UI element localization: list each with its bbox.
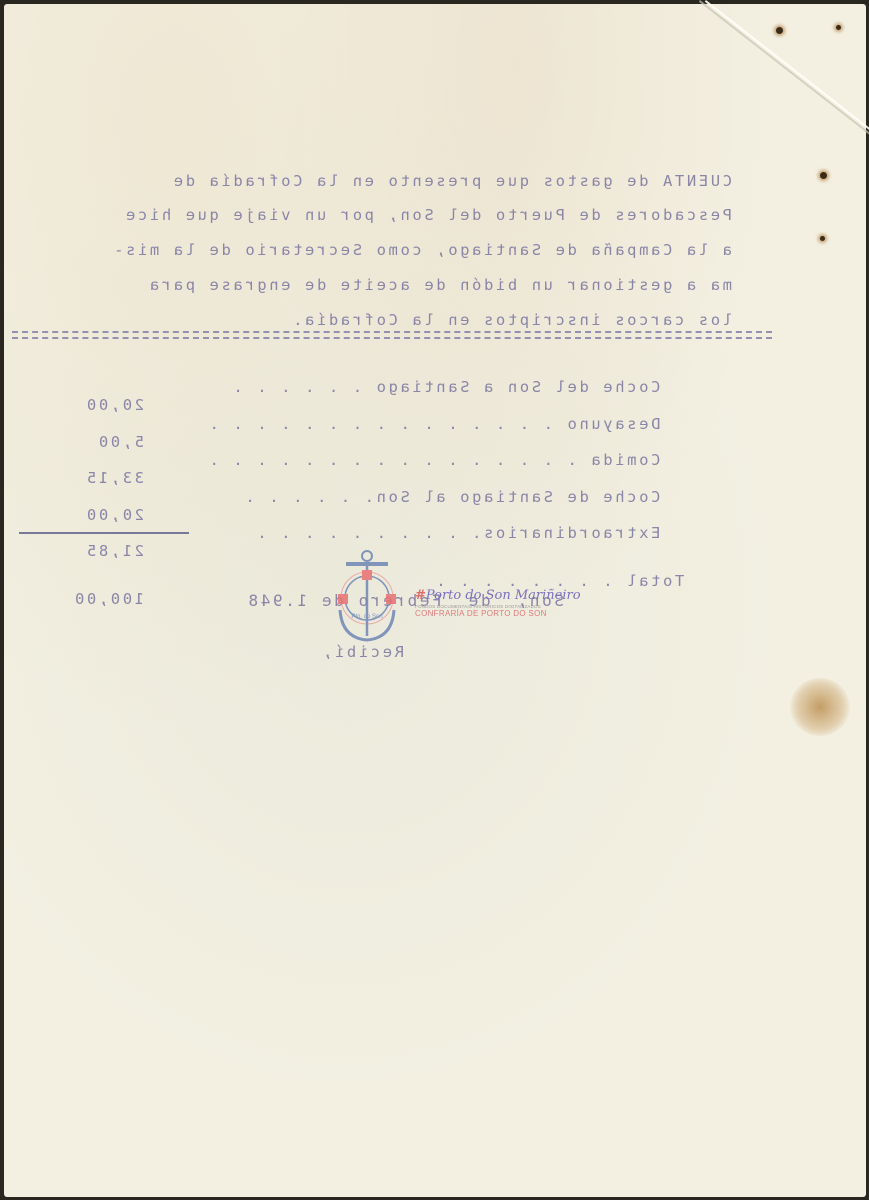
heading-line-5: los carcos inscriptos en la Cofradía. (291, 311, 732, 329)
expense-row: Desayuno . . . . . . . . . . . . . . . 5… (207, 397, 732, 434)
expense-row: Extraordinarios. . . . . . . . . . 21,85 (207, 506, 732, 543)
expense-row: Coche de Santiago al Son. . . . . . 20,0… (207, 470, 732, 507)
expense-amount: 21,85 (84, 542, 144, 560)
double-dashed-rule (12, 331, 772, 339)
heading-line-4: ma a gestionar un bidón de aceite de eng… (147, 276, 732, 294)
hashtag-icon: # (415, 588, 426, 603)
expense-concept: Comida . . . . . . . . . . . . . . . . (207, 451, 660, 469)
expense-row: Comida . . . . . . . . . . . . . . . . 3… (207, 433, 732, 470)
expense-concept: Extraordinarios. . . . . . . . . . (255, 524, 661, 542)
brand-organization: CONFRARÍA DE PORTO DO SON (415, 609, 581, 618)
svg-text:Pto. do Son: Pto. do Son (351, 614, 382, 620)
sum-underline (19, 532, 189, 534)
expense-amount: 33,15 (84, 469, 144, 487)
expense-amount: 20,00 (84, 396, 144, 414)
brand-name: Porto do Son Mariñeiro (426, 588, 581, 603)
total-amount: 100,00 (72, 590, 144, 608)
expense-concept: Coche del Son a Santiago . . . . . . (231, 378, 661, 396)
expense-items: Coche del Son a Santiago . . . . . . 20,… (207, 360, 732, 543)
heading-line-1: CUENTA de gastos que presento en la Cofr… (171, 172, 732, 190)
heading-line-2: Pescadores de Puerto del Son, por un via… (123, 206, 732, 224)
expense-concept: Desayuno . . . . . . . . . . . . . . . (207, 415, 660, 433)
expense-amount: 20,00 (84, 506, 144, 524)
expense-row: Coche del Son a Santiago . . . . . . 20,… (207, 360, 732, 397)
watermark-brand: #Porto do Son Mariñeiro FONDOS DOCUMENTA… (415, 584, 581, 618)
anchor-logo-icon: Pto. do Son (332, 548, 402, 648)
expense-concept: Coche de Santiago al Son. . . . . . (243, 488, 661, 506)
heading-line-3: a la Campaña de Santiago, como Secretari… (112, 241, 732, 259)
expense-amount: 5,00 (96, 433, 144, 451)
